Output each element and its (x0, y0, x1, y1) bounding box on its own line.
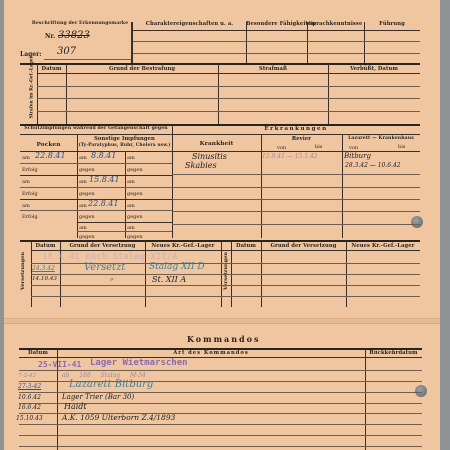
col-tr-date-r: Datum (231, 243, 261, 249)
other-am-2: am (127, 179, 135, 185)
illness-1-lazarett: Bitburg (344, 152, 371, 160)
kommando-1-type: Lager Wietmarschen (90, 358, 188, 368)
col-kdo-date: Datum (19, 350, 57, 356)
transfer-1-reason: Versetzt (84, 262, 125, 273)
pocken-am-1: am (22, 155, 30, 161)
sonst-gegen-2: gegen (79, 191, 95, 197)
header-divider (131, 22, 133, 64)
col-kdo-return: Rückkehrdatum (365, 350, 422, 356)
rule (19, 435, 422, 436)
transfer-1-camp: Stalag XII D (149, 262, 205, 272)
pocken-am-3: am (22, 203, 30, 209)
rule (77, 222, 172, 223)
rule (172, 224, 420, 225)
illness-1-revier: 12.8.41 — 15.1.42 (262, 153, 318, 160)
other-am-1: am (127, 155, 135, 161)
col-languages: Sprachkenntnisse (307, 21, 364, 27)
kommando-6-type: A.K. 1059 Ulterborn Z.4/1893 (62, 413, 175, 422)
col-abilities: Besondere Fähigkeiten (246, 21, 307, 27)
illness-2-lazarett-dates: 28.3.42 — 10.6.42 (345, 162, 401, 169)
sonst-gegen-1: gegen (79, 167, 95, 173)
rule (20, 187, 172, 188)
pocken-erfolg-3: Erfolg (22, 214, 38, 220)
illness-2: Skabies (185, 161, 217, 170)
rule (77, 231, 172, 232)
rule (172, 211, 420, 212)
kommando-4-type: Lager Trier (Bar 30) (62, 393, 134, 401)
divider (342, 134, 343, 238)
rule (31, 296, 420, 297)
revier-bis: bis (315, 144, 322, 150)
lazarett-von: von (349, 145, 358, 151)
col-pun-measure: Strafmaß (218, 66, 328, 72)
other-gegen-2: gegen (127, 191, 143, 197)
rule (37, 111, 420, 112)
other-am-3: am (127, 203, 135, 209)
transfers-side-label-right: Versetzungen (223, 246, 229, 296)
rule (172, 174, 420, 175)
col-sonstige: Sonstige Impfungen (77, 136, 172, 142)
pocken-date-1: 22.8.41 (35, 151, 66, 160)
nr-label: Nr. (45, 33, 55, 40)
col-revier: Revier (261, 136, 342, 142)
col-pocken: Pocken (20, 142, 77, 148)
transfers-side-label-left: Versetzungen (20, 246, 26, 296)
rule (31, 250, 420, 251)
card-fold (4, 318, 440, 324)
col-krankheit: Krankheit (172, 141, 261, 147)
illness-1: Sinusitis (192, 152, 227, 161)
vacc-title: Schutzimpfungen während der Gefangenscha… (20, 126, 172, 131)
col-tr-reason-r: Grund der Versetzung (261, 243, 346, 249)
col-character: Charaktereigenschaften u. a. (133, 21, 246, 27)
sonst-date-1: 8.8.41 (91, 151, 116, 160)
divider (261, 134, 262, 238)
tag-label: Beschriftung der Erkennungsmarke (30, 21, 130, 26)
rule (20, 210, 172, 211)
kommando-1-date: 25-VII-41 (38, 360, 81, 369)
rule (19, 357, 422, 358)
kommando-3-type: Lazarett Bitburg (69, 379, 153, 390)
rule (19, 370, 422, 371)
lazarett-bis: bis (398, 144, 405, 150)
rule (20, 134, 172, 135)
transfer-2-reason: 〃 (108, 275, 114, 284)
sonst-date-2: 15.8.41 (89, 175, 120, 184)
col-tr-camp-r: Neues Kr.-Gef.-Lager (346, 243, 420, 249)
col-sonstige-sub: (Ty-Paratyphus, Ruhr, Cholera usw.) (77, 143, 172, 148)
rule (172, 134, 420, 135)
sonst-date-3: 22.8.41 (88, 199, 119, 208)
rule (31, 285, 420, 286)
rule (20, 163, 172, 164)
section-rule (20, 63, 420, 65)
rule (19, 446, 422, 447)
kommando-5-type: Haidt (64, 402, 87, 411)
rule (20, 199, 172, 200)
divider (307, 22, 308, 63)
sonst-gegen-3: gegen (79, 214, 95, 220)
rule (19, 424, 422, 425)
punch-hole-lower (415, 385, 427, 397)
divider (246, 22, 247, 63)
col-pun-served: Verbüßt, Datum (328, 66, 420, 72)
col-tr-date-l: Datum (31, 243, 60, 249)
sonst-am-2: am (79, 179, 87, 185)
lager-underline (44, 59, 132, 60)
kommandos-title: Kommandos (187, 334, 260, 344)
transfer-ghost-stamp: 18 X 41 nach Stalag XII/A (42, 252, 177, 262)
col-tr-reason-l: Grund der Versetzung (60, 243, 145, 249)
transfer-2-camp: St. XII A (152, 275, 186, 284)
rule (37, 73, 420, 74)
col-conduct: Führung (364, 21, 420, 27)
rule (37, 86, 420, 87)
rule (172, 199, 420, 200)
kommando-2-date: 7-2-42 (18, 373, 36, 379)
transfer-1-date: 24.3.42 (32, 265, 55, 272)
nr-value: 33823 (58, 30, 90, 41)
rule (133, 41, 420, 42)
other-gegen-1: gegen (127, 167, 143, 173)
rule (20, 175, 172, 176)
col-tr-camp-l: Neues Kr.-Gef.-Lager (145, 243, 221, 249)
illness-title: Erkrankungen (172, 126, 420, 132)
kommando-5-date: 16.6.42 (18, 404, 41, 411)
rule (37, 98, 420, 99)
punch-hole-upper (411, 216, 423, 228)
kommando-6-date: 15.10.43 (16, 415, 43, 422)
rule (133, 30, 420, 31)
revier-von: von (277, 145, 286, 151)
pocken-erfolg-1: Erfolg (22, 167, 38, 173)
pocken-erfolg-2: Erfolg (22, 191, 38, 197)
transfer-2-date: 14.10.43 (32, 276, 57, 282)
sonst-am-3: am (79, 203, 87, 209)
kommando-2-type: ab 188 Stalag M-54 (62, 372, 146, 379)
col-pun-reason: Grund der Bestrafung (66, 66, 218, 72)
rule (31, 274, 420, 275)
rule (133, 53, 420, 54)
sonst-am-1: am (79, 155, 87, 161)
section-rule (20, 240, 420, 242)
divider (125, 151, 126, 238)
other-gegen-3: gegen (127, 214, 143, 220)
col-lazarett: Lazarett — Krankenhaus (342, 136, 420, 141)
kommando-4-date: 10.6.42 (18, 394, 41, 401)
punishments-side-label: Strafen im Kr.-Gef.-Lager (30, 59, 35, 119)
pocken-am-2: am (22, 179, 30, 185)
col-kdo-type: Art des Kommandos (57, 350, 365, 356)
rule (172, 187, 420, 188)
divider (364, 22, 365, 63)
kommando-3-date: 27-3-42 (18, 383, 41, 390)
lager-value: 307 (57, 46, 76, 57)
col-pun-date: Datum (37, 66, 66, 72)
